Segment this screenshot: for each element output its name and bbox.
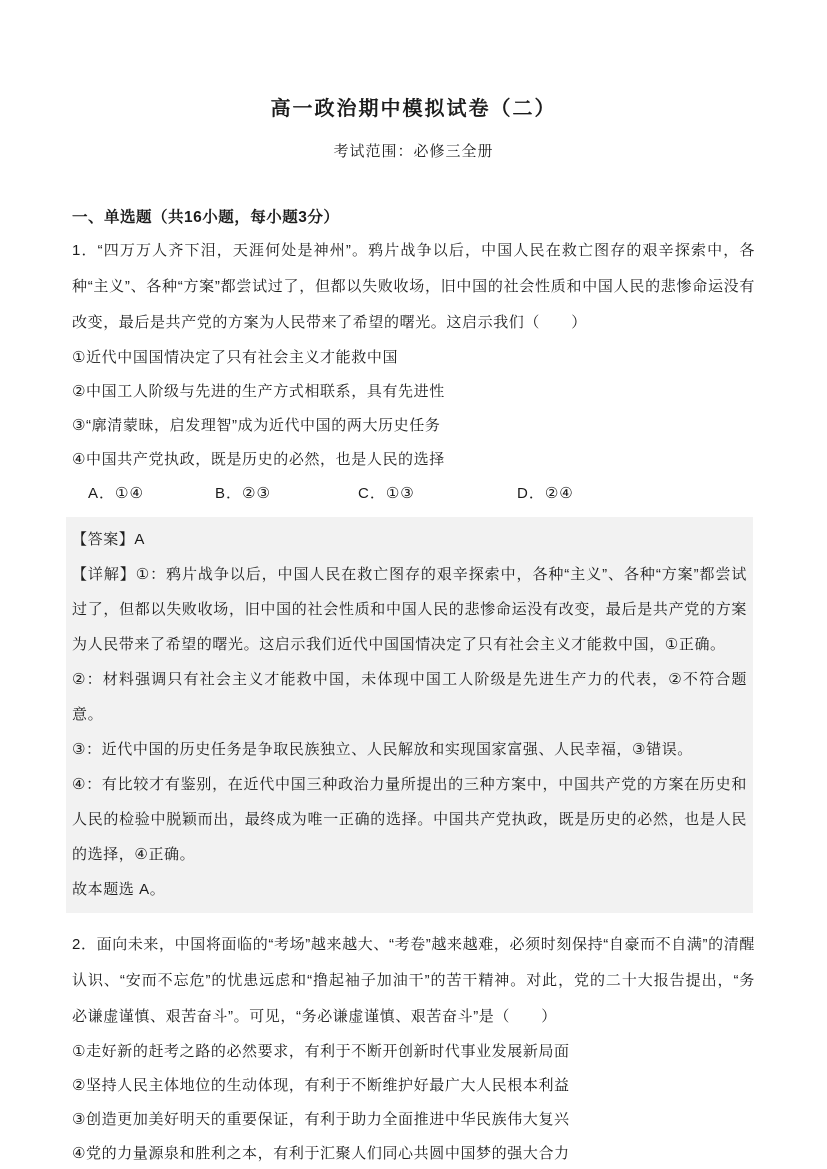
section-heading: 一、单选题（共16小题，每小题3分） xyxy=(72,206,755,229)
question-1-option-2: ②中国工人阶级与先进的生产方式相联系，具有先进性 xyxy=(72,375,755,409)
choice-d: D．②④ xyxy=(517,477,574,511)
question-2-option-1: ①走好新的赶考之路的必然要求，有利于不断开创新时代事业发展新局面 xyxy=(72,1035,755,1069)
question-1-answer-block: 【答案】A 【详解】①：鸦片战争以后，中国人民在救亡图存的艰辛探索中，各种“主义… xyxy=(66,517,753,913)
analysis-conclusion: 故本题选 A。 xyxy=(72,872,747,907)
question-1-options: ①近代中国国情决定了只有社会主义才能救中国 ②中国工人阶级与先进的生产方式相联系… xyxy=(72,341,755,477)
question-1-choices: A．①④ B．②③ C．①③ D．②④ xyxy=(72,477,755,511)
question-2-stem: 2．面向未来，中国将面临的“考场”越来越大、“考卷”越来越难，必须时刻保持“自豪… xyxy=(72,927,755,1035)
analysis-paragraph-4: ④：有比较才有鉴别，在近代中国三种政治力量所提出的三种方案中，中国共产党的方案在… xyxy=(72,767,747,872)
answer-label: 【答案】A xyxy=(72,522,747,557)
question-2-option-2: ②坚持人民主体地位的生动体现，有利于不断维护好最广大人民根本利益 xyxy=(72,1069,755,1103)
exam-scope: 考试范围：必修三全册 xyxy=(72,142,755,162)
question-1-option-3: ③“廓清蒙昧，启发理智”成为近代中国的两大历史任务 xyxy=(72,409,755,443)
exam-page: 高一政治期中模拟试卷（二） 考试范围：必修三全册 一、单选题（共16小题，每小题… xyxy=(0,0,827,1169)
choice-a: A．①④ xyxy=(88,477,215,511)
analysis-paragraph-2: ②：材料强调只有社会主义才能救中国，未体现中国工人阶级是先进生产力的代表，②不符… xyxy=(72,662,747,732)
analysis-paragraph-3: ③：近代中国的历史任务是争取民族独立、人民解放和实现国家富强、人民幸福，③错误。 xyxy=(72,732,747,767)
page-title: 高一政治期中模拟试卷（二） xyxy=(72,96,755,122)
question-2-option-3: ③创造更加美好明天的重要保证，有利于助力全面推进中华民族伟大复兴 xyxy=(72,1103,755,1137)
choice-b: B．②③ xyxy=(215,477,358,511)
analysis-paragraph-1: 【详解】①：鸦片战争以后，中国人民在救亡图存的艰辛探索中，各种“主义”、各种“方… xyxy=(72,557,747,662)
question-2-options: ①走好新的赶考之路的必然要求，有利于不断开创新时代事业发展新局面 ②坚持人民主体… xyxy=(72,1035,755,1169)
question-2-option-4: ④党的力量源泉和胜利之本，有利于汇聚人们同心共圆中国梦的强大合力 xyxy=(72,1137,755,1169)
question-1-stem: 1．“四万万人齐下泪，天涯何处是神州”。鸦片战争以后，中国人民在救亡图存的艰辛探… xyxy=(72,233,755,341)
choice-c: C．①③ xyxy=(358,477,517,511)
question-1-option-1: ①近代中国国情决定了只有社会主义才能救中国 xyxy=(72,341,755,375)
question-1-option-4: ④中国共产党执政，既是历史的必然，也是人民的选择 xyxy=(72,443,755,477)
